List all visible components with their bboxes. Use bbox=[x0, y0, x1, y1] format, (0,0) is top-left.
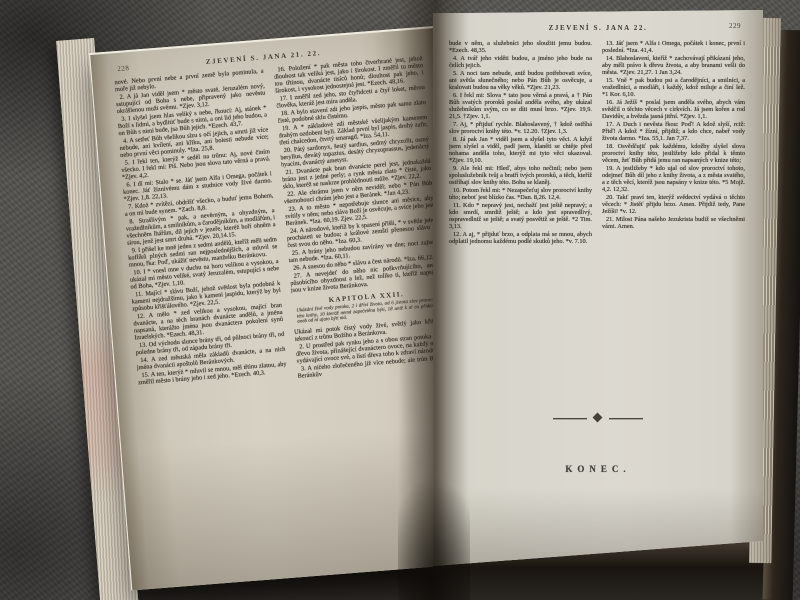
verse: 4. A tvář jeho viděti budou, a jméno jeh… bbox=[449, 55, 592, 69]
left-col2-verses: 16. Položení * pak města toho čtverhrané… bbox=[273, 55, 433, 294]
verse: 12. A aj, * přijduť brzo, a odplata má s… bbox=[449, 231, 592, 245]
verse: 17. A Duch i nevěsta řkou: Poď! A kdož s… bbox=[602, 121, 745, 142]
divider-line-left bbox=[553, 418, 587, 419]
left-page: 228 ZJEVENÍ S. JANA 21. 22. nové. Nebo p… bbox=[89, 26, 433, 590]
right-page-column-1: bude v něm, a služebníci jeho sloužiti j… bbox=[449, 40, 592, 392]
right-page-column-2: 13. Jáť jsem * Alfa i Omega, počátek i k… bbox=[602, 40, 745, 392]
left-page-column-2: 16. Položení * pak města toho čtverhrané… bbox=[273, 55, 433, 557]
verse: 18. Osvědčujiť pak každému, kdožby slyše… bbox=[602, 143, 745, 164]
left-col2-chapter22-verses: Ukázal mi potok čistý vody živé, světlý … bbox=[294, 317, 433, 380]
running-header-right: ZJEVENÍ S. JANA 22. bbox=[433, 24, 763, 32]
verse: 7. Aj, * přijduť rychle. Blahoslavený, †… bbox=[449, 121, 592, 135]
verse: 11. Kdo * nepravý jest, nechažť jest ješ… bbox=[449, 202, 592, 230]
verse: 21. Milost Pána našeho Jezukrista budiž … bbox=[602, 216, 745, 230]
end-label: KONEC. bbox=[433, 464, 763, 474]
right-page-header-row: ZJEVENÍ S. JANA 22. 229 bbox=[433, 10, 763, 32]
verse: 6. I řekl mi: Slova * tato jsou věrná a … bbox=[449, 92, 592, 120]
verse: 8. Já pak Jan * viděl jsem a slyšel tyto… bbox=[449, 136, 592, 164]
divider-diamond bbox=[593, 413, 603, 423]
divider-line-right bbox=[609, 418, 643, 419]
verse: bude v něm, a služebníci jeho sloužiti j… bbox=[449, 40, 592, 54]
page-number-left: 228 bbox=[117, 64, 130, 73]
right-page-columns: bude v něm, a služebníci jeho sloužiti j… bbox=[449, 40, 745, 392]
verse: 13. Jáť jsem * Alfa i Omega, počátek i k… bbox=[602, 40, 745, 54]
photo-scene: 228 ZJEVENÍ S. JANA 21. 22. nové. Nebo p… bbox=[0, 0, 800, 600]
verse: 16. Já Ježíš * poslal jsem anděla svého,… bbox=[602, 99, 745, 120]
scroll-divider-icon bbox=[553, 414, 643, 422]
verse: 14. Blahoslavení, kteříž * zachovávají p… bbox=[602, 55, 745, 76]
left-page-columns: nové. Nebo první nebe a první země byla … bbox=[114, 55, 433, 570]
left-page-column-1: nové. Nebo první nebe a první země byla … bbox=[114, 68, 302, 570]
verse: 19. A jestližeby * kdo ujal od slov pror… bbox=[602, 165, 745, 193]
verse: 5. A noci tam nebude, aniž budou potřebo… bbox=[449, 70, 592, 91]
verse: 10. Potom řekl mi: * Nezapečeťuj slov pr… bbox=[449, 187, 592, 201]
right-page: ZJEVENÍ S. JANA 22. 229 bude v něm, a sl… bbox=[433, 10, 763, 566]
verse: 15. Vně * pak budou psi a čarodějníci, a… bbox=[602, 77, 745, 98]
verse: 20. Takť praví ten, kterýž svědectví vyd… bbox=[602, 194, 745, 215]
verse: 9. Ale řekl mi: Hleď, abys toho nečinil;… bbox=[449, 165, 592, 186]
left-page-area: 228 ZJEVENÍ S. JANA 21. 22. nové. Nebo p… bbox=[0, 0, 433, 600]
page-number-right: 229 bbox=[729, 22, 741, 30]
